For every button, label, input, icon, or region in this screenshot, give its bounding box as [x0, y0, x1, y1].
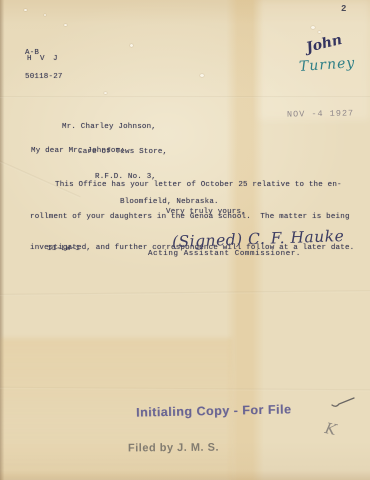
closing: Very truly yours, — [166, 208, 246, 216]
filed-by-stamp: Filed by J. M. S. — [128, 442, 219, 455]
paper-speck — [24, 9, 27, 11]
handwritten-checkmark — [330, 396, 356, 410]
handwritten-k-mark: K — [323, 419, 338, 439]
paper-speck — [130, 44, 133, 47]
file-reference-initials: H V J — [27, 55, 60, 63]
file-reference-line2: 50118-27 — [25, 73, 63, 81]
handwritten-name-turney: Turney — [299, 55, 356, 75]
paper-crease — [0, 387, 370, 392]
paper-speck — [64, 24, 67, 26]
handwritten-name-john: John — [305, 32, 344, 56]
paper-speck — [200, 74, 204, 77]
file-code: 11-LW-1 — [47, 245, 80, 253]
paper-speck — [311, 26, 315, 29]
initialing-copy-stamp: Initialing Copy - For File — [136, 402, 292, 419]
paper-speck — [318, 31, 321, 33]
scanned-letter-page: 2 A-B 50118-27 H V J John Turney NOV -4 … — [0, 0, 370, 480]
paper-speck — [104, 92, 107, 94]
date-received-stamp: NOV -4 1927 — [287, 108, 354, 119]
body-line: This Office has your letter of October 2… — [30, 178, 354, 194]
address-line: Mr. Charley Johnson, — [62, 123, 219, 132]
page-number: 2 — [341, 4, 346, 14]
salutation: My dear Mr. Johnson: — [31, 147, 125, 155]
paper-speck — [44, 14, 46, 16]
paper-crease — [0, 290, 370, 296]
signature-title: Acting Assistant Commissioner. — [148, 250, 301, 258]
file-reference-block: A-B 50118-27 — [25, 33, 63, 97]
